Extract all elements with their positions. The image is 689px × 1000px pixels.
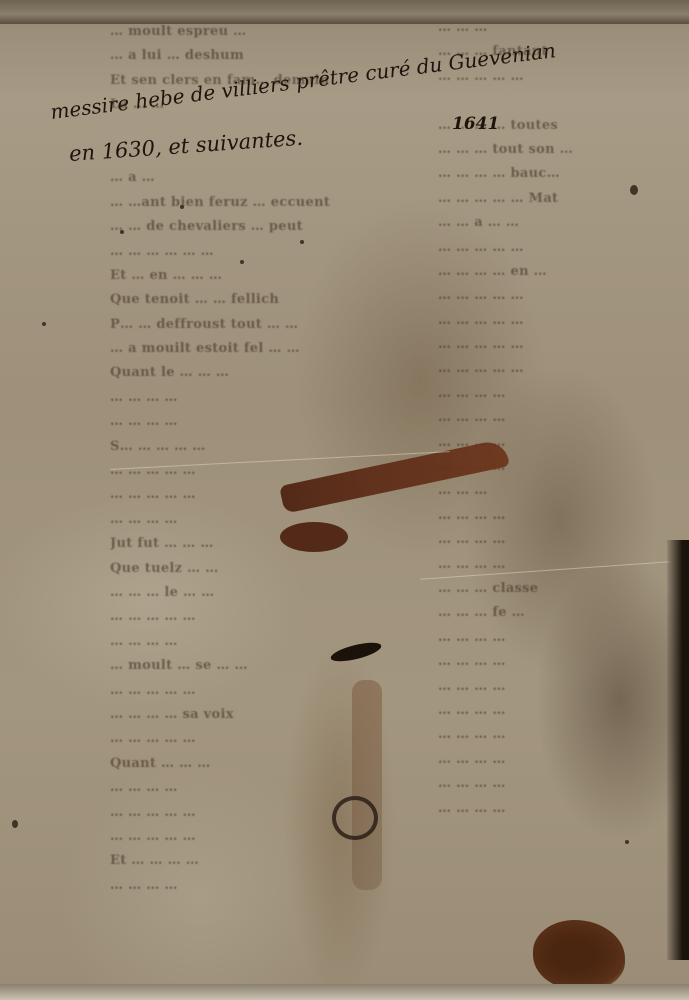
manuscript-line: … … … … — [438, 772, 688, 796]
manuscript-line: Quant … … … — [110, 752, 380, 776]
manuscript-line: … a … — [110, 166, 380, 190]
page-bottom-edge — [0, 984, 689, 1000]
manuscript-line: … … … … sa voix — [110, 703, 380, 727]
manuscript-line: … … … … — [438, 723, 688, 747]
manuscript-line: … … de chevaliers … peut — [110, 215, 380, 239]
manuscript-line: … … … … … — [110, 679, 380, 703]
right-text-column: … … …… … … fantant… … … … …… … … … toute… — [438, 16, 688, 821]
manuscript-line: … … … tout son … — [438, 138, 688, 162]
ink-speck — [180, 205, 184, 209]
manuscript-line: … … … … … — [110, 605, 380, 629]
ink-speck — [625, 840, 629, 844]
manuscript-line: Et … … … … — [110, 849, 380, 873]
manuscript-line: … … … … — [438, 528, 688, 552]
manuscript-line: … … … … … — [438, 284, 688, 308]
manuscript-line: S… … … … … — [110, 435, 380, 459]
water-stain-drip — [352, 680, 382, 890]
manuscript-line: … … … … — [438, 650, 688, 674]
manuscript-line: … … … … … — [110, 727, 380, 751]
manuscript-line: … … … … — [438, 382, 688, 406]
manuscript-line: Et … en … … … — [110, 264, 380, 288]
manuscript-line: … … … … — [438, 699, 688, 723]
manuscript-line: … a mouilt estoit fel … … — [110, 337, 380, 361]
manuscript-line: … … … … — [110, 874, 380, 898]
manuscript-line: … … … … — [438, 504, 688, 528]
manuscript-line: Que tenoit … … fellich — [110, 288, 380, 312]
manuscript-line: … … … … … — [438, 333, 688, 357]
manuscript-line: … … … … — [438, 626, 688, 650]
manuscript-line: … … … … — [438, 406, 688, 430]
ink-speck — [240, 260, 244, 264]
manuscript-line: … … … … en … — [438, 260, 688, 284]
manuscript-line: … … … … — [438, 797, 688, 821]
manuscript-line: … … … … — [110, 776, 380, 800]
manuscript-line: … … … — [438, 16, 688, 40]
manuscript-line: … … … le … … — [110, 581, 380, 605]
manuscript-line: … … … fe … — [438, 601, 688, 625]
manuscript-line: … … a … … — [438, 211, 688, 235]
inscription-year: 1641 — [452, 114, 499, 134]
ink-speck — [12, 820, 18, 828]
manuscript-line: Que tuelz … … — [110, 557, 380, 581]
manuscript-line: … … … … — [438, 675, 688, 699]
manuscript-line: … moult espreu … — [110, 20, 380, 44]
manuscript-line: … … … … … — [438, 236, 688, 260]
manuscript-line: … … … … — [438, 748, 688, 772]
manuscript-line — [438, 89, 688, 113]
manuscript-line: P… … deffroust tout … … — [110, 313, 380, 337]
manuscript-line: … … … — [438, 479, 688, 503]
manuscript-line: … … … … — [110, 386, 380, 410]
ink-speck — [630, 185, 638, 195]
manuscript-line: … …ant bien feruz … eccuent — [110, 191, 380, 215]
ink-speck — [300, 240, 304, 244]
ink-speck — [42, 322, 46, 326]
page-right-shadow — [667, 540, 689, 960]
ink-streak-stain-head — [280, 522, 348, 552]
manuscript-line: … … … … bauc… — [438, 162, 688, 186]
manuscript-line: … … … … … Mat — [438, 187, 688, 211]
manuscript-line: … … … … — [438, 553, 688, 577]
manuscript-line: … … … … … — [438, 357, 688, 381]
manuscript-line: … … … … — [110, 410, 380, 434]
ink-speck — [120, 230, 124, 234]
manuscript-line: … … … … … … — [110, 240, 380, 264]
brown-blot-stain — [533, 920, 625, 990]
manuscript-line: … … … classe — [438, 577, 688, 601]
ring-stain — [332, 796, 378, 840]
manuscript-line: Quant le … … … — [110, 361, 380, 385]
manuscript-line: … … … … … — [438, 309, 688, 333]
manuscript-page: … moult espreu …… a lui … deshumEt sen c… — [0, 0, 689, 1000]
